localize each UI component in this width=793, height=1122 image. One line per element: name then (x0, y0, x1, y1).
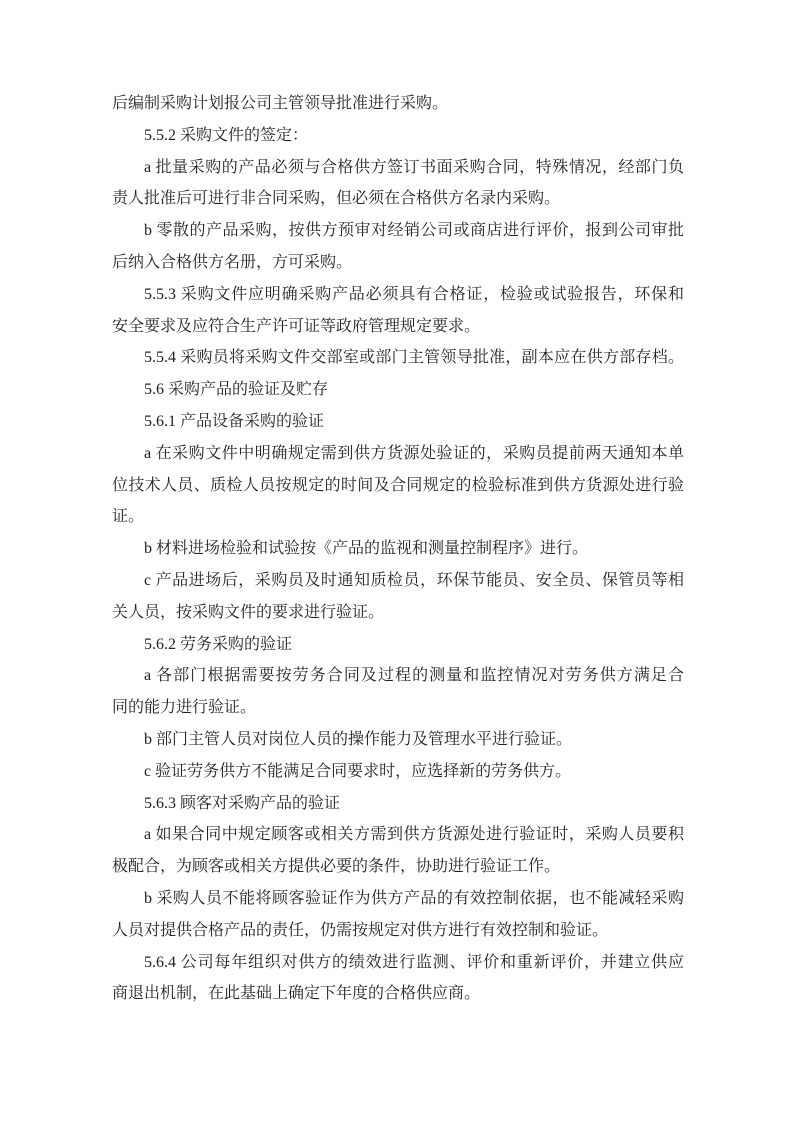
text-line: 5.6.4 公司每年组织对供方的绩效进行监测、评价和重新评价，并建立供应 (112, 947, 684, 979)
text-line: a 在采购文件中明确规定需到供方货源处验证的，采购员提前两天通知本单 (112, 438, 684, 470)
text-line: 5.5.4 采购员将采购文件交部室或部门主管领导批准，副本应在供方部存档。 (112, 342, 684, 374)
text-line: 5.6.1 产品设备采购的验证 (112, 406, 684, 438)
text-line: 安全要求及应符合生产许可证等政府管理规定要求。 (112, 311, 684, 343)
text-line: 人员对提供合格产品的责任，仍需按规定对供方进行有效控制和验证。 (112, 915, 684, 947)
text-line: 5.6.2 劳务采购的验证 (112, 629, 684, 661)
text-line: a 批量采购的产品必须与合格供方签订书面采购合同，特殊情况，经部门负 (112, 152, 684, 184)
text-line: 商退出机制，在此基础上确定下年度的合格供应商。 (112, 978, 684, 1010)
text-line: 后编制采购计划报公司主管领导批准进行采购。 (112, 88, 684, 120)
text-line: b 零散的产品采购，按供方预审对经销公司或商店进行评价，报到公司审批 (112, 215, 684, 247)
text-line: 5.5.3 采购文件应明确采购产品必须具有合格证，检验或试验报告，环保和 (112, 279, 684, 311)
text-line: b 部门主管人员对岗位人员的操作能力及管理水平进行验证。 (112, 724, 684, 756)
text-line: 证。 (112, 501, 684, 533)
text-line: 责人批准后可进行非合同采购，但必须在合格供方名录内采购。 (112, 183, 684, 215)
document-text-block: 后编制采购计划报公司主管领导批准进行采购。5.5.2 采购文件的签定：a 批量采… (112, 88, 684, 1010)
text-line: a 如果合同中规定顾客或相关方需到供方货源处进行验证时，采购人员要积 (112, 819, 684, 851)
text-line: 5.6 采购产品的验证及贮存 (112, 374, 684, 406)
text-line: b 采购人员不能将顾客验证作为供方产品的有效控制依据，也不能减轻采购 (112, 883, 684, 915)
text-line: a 各部门根据需要按劳务合同及过程的测量和监控情况对劳务供方满足合 (112, 660, 684, 692)
text-line: 关人员，按采购文件的要求进行验证。 (112, 597, 684, 629)
text-line: c 验证劳务供方不能满足合同要求时，应选择新的劳务供方。 (112, 756, 684, 788)
text-line: 后纳入合格供方名册，方可采购。 (112, 247, 684, 279)
text-line: 极配合，为顾客或相关方提供必要的条件，协助进行验证工作。 (112, 851, 684, 883)
text-line: 位技术人员、质检人员按规定的时间及合同规定的检验标准到供方货源处进行验 (112, 470, 684, 502)
document-page: 后编制采购计划报公司主管领导批准进行采购。5.5.2 采购文件的签定：a 批量采… (0, 0, 793, 1122)
text-line: c 产品进场后，采购员及时通知质检员，环保节能员、安全员、保管员等相 (112, 565, 684, 597)
text-line: 同的能力进行验证。 (112, 692, 684, 724)
text-line: b 材料进场检验和试验按《产品的监视和测量控制程序》进行。 (112, 533, 684, 565)
text-line: 5.5.2 采购文件的签定： (112, 120, 684, 152)
text-line: 5.6.3 顾客对采购产品的验证 (112, 788, 684, 820)
